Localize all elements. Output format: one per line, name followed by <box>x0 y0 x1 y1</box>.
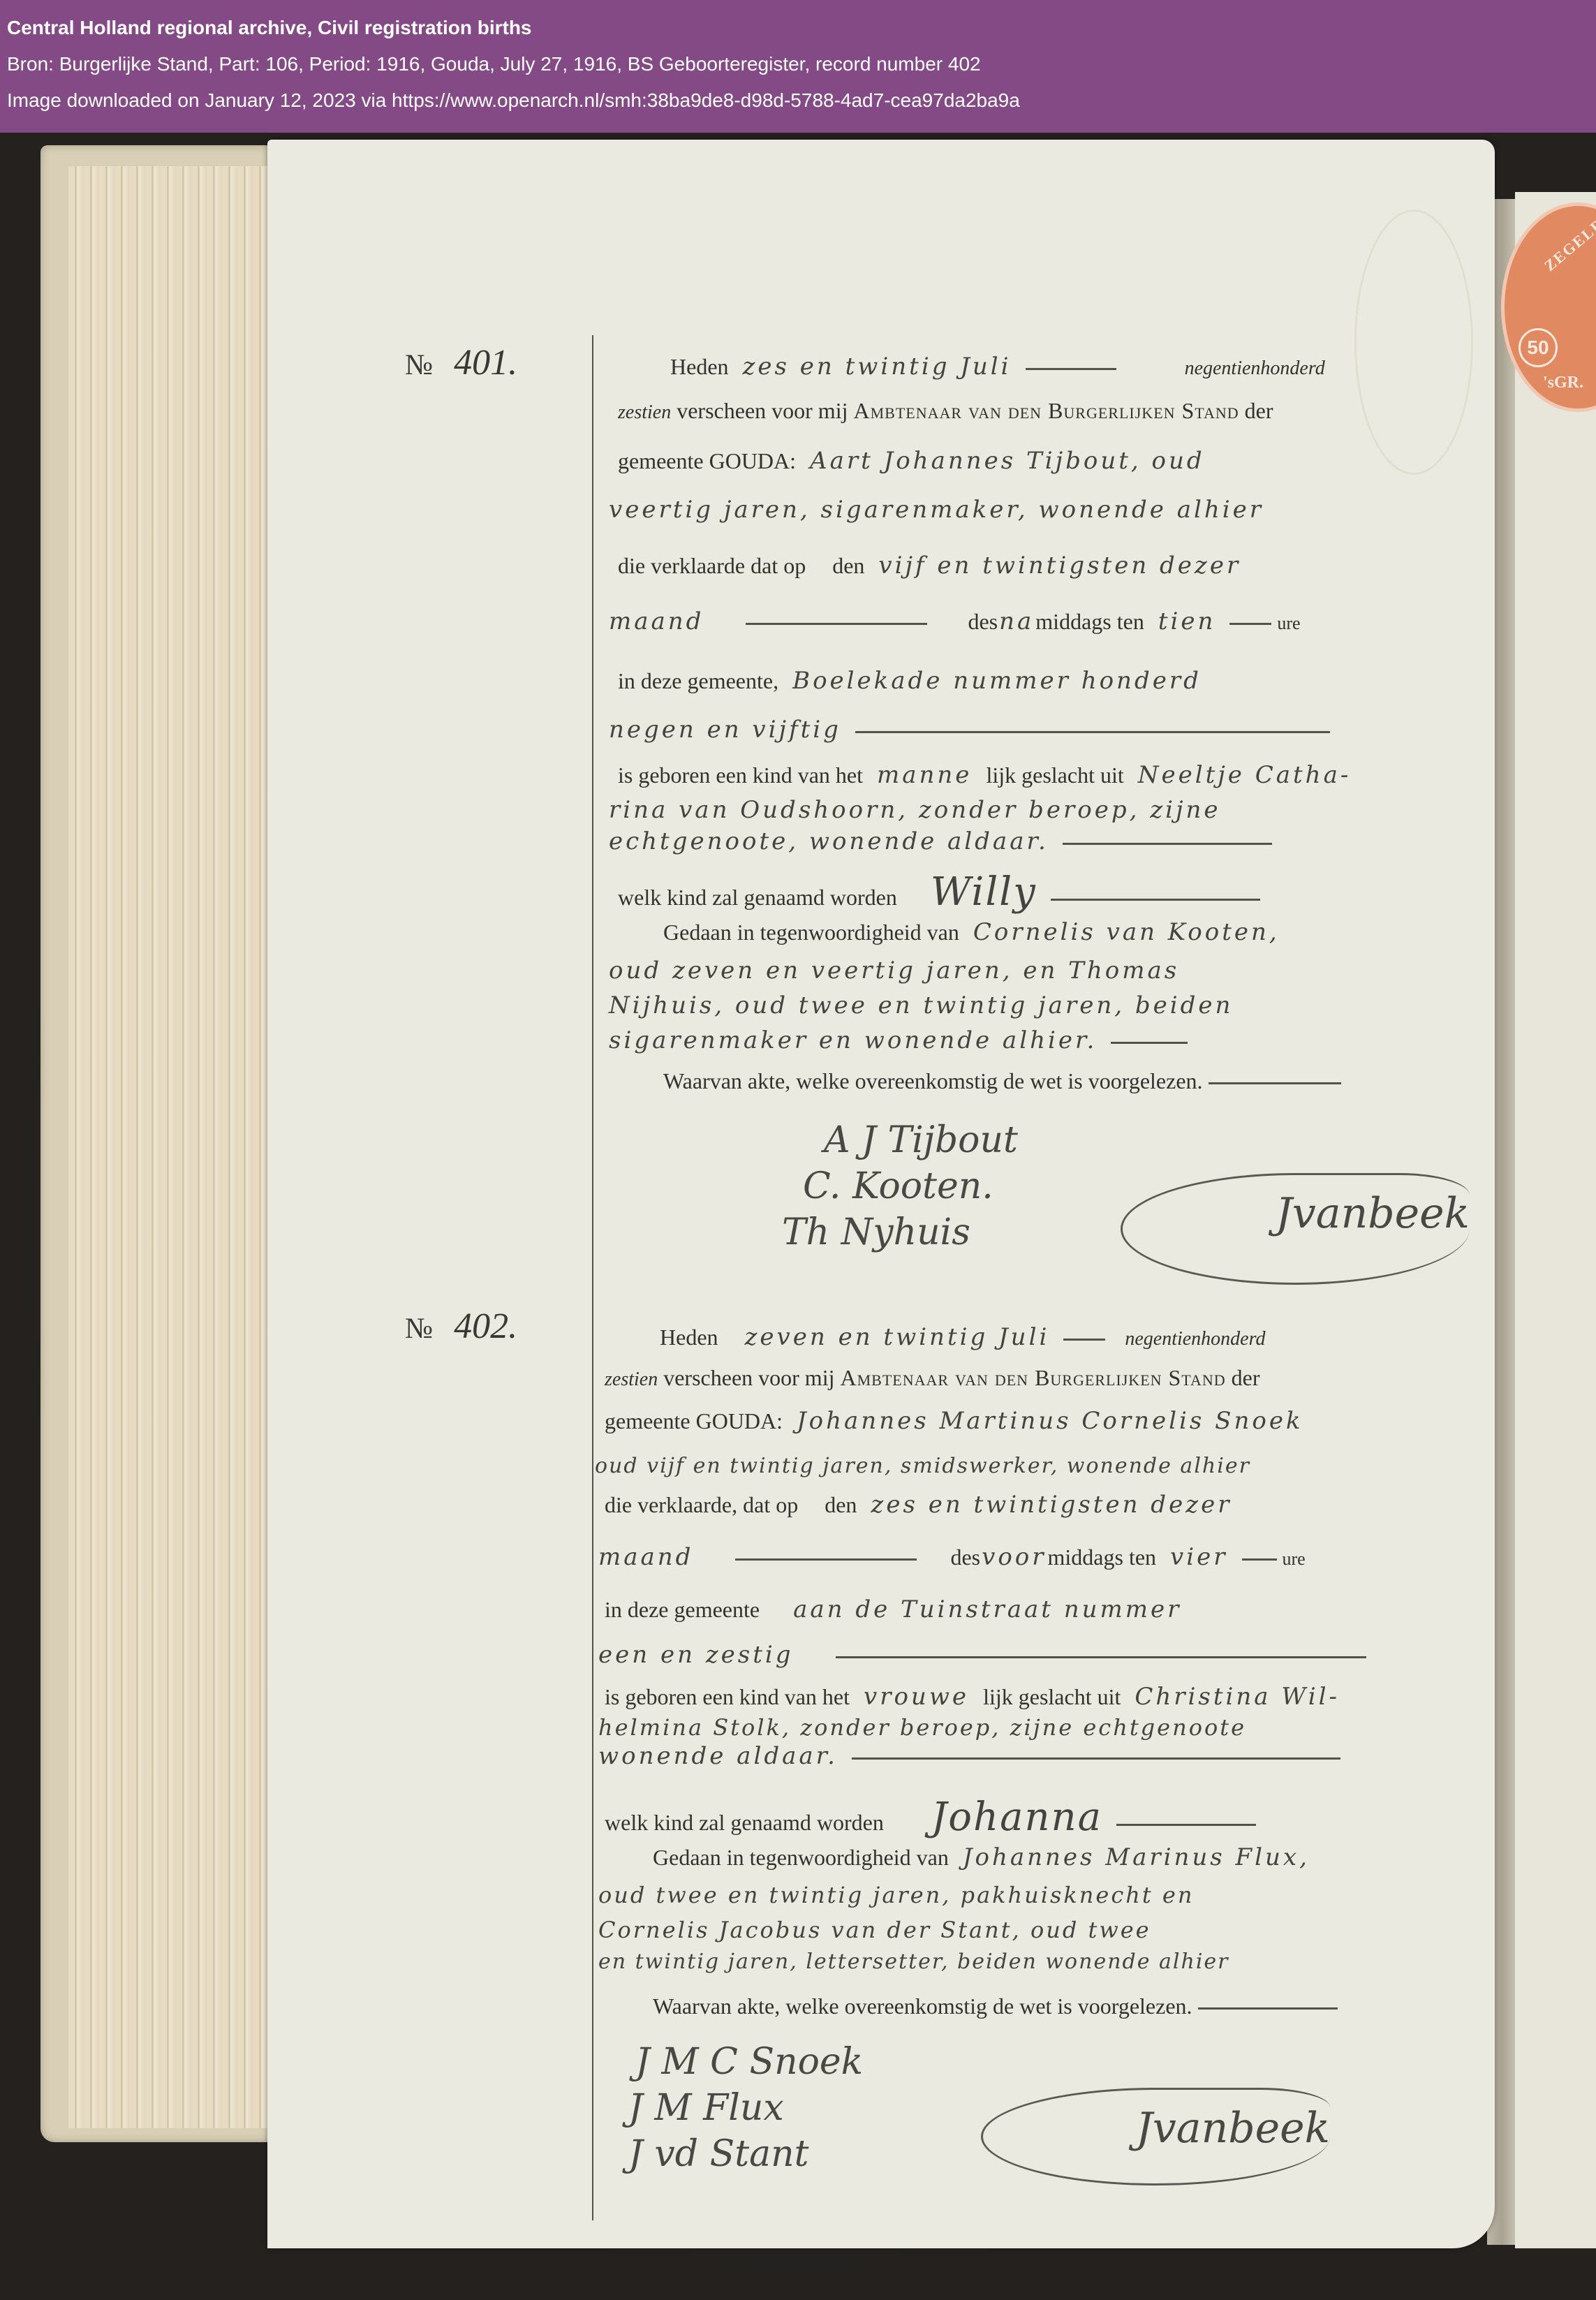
line-mother-2: rina van Oudshoorn, zonder beroep, zijne <box>600 796 1487 824</box>
fill-dash <box>1198 2007 1338 2010</box>
line-gedaan: Gedaan in tegenwoordigheid van Cornelis … <box>663 918 1550 946</box>
stamp-text: ZEGELRECHT <box>1541 202 1596 275</box>
child-sex: vrouwe <box>864 1683 969 1711</box>
printed-verscheen: verscheen voor mij <box>677 398 848 423</box>
line-welk-kind: welk kind zal genaamd worden Willy <box>618 869 1505 915</box>
book-page-stack <box>40 145 271 2142</box>
line-witness-2: oud twee en twintig jaren, pakhuisknecht… <box>590 1882 1477 1908</box>
printed-ambtenaar: Ambtenaar van den Burgerlijken Stand <box>840 1365 1225 1390</box>
mother-details: rina van Oudshoorn, zonder beroep, zijne <box>609 796 1221 824</box>
line-maand: maand desvoormiddags ten vier ure <box>590 1543 1477 1571</box>
maand: maand <box>609 607 704 635</box>
printed-in-deze-gemeente: in deze gemeente <box>605 1597 760 1622</box>
archive-header-banner: Central Holland regional archive, Civil … <box>0 0 1596 133</box>
fill-dash <box>852 1757 1340 1760</box>
child-name: Johanna <box>931 1794 1102 1840</box>
printed-gedaan: Gedaan in tegenwoordigheid van <box>653 1845 949 1870</box>
line-maand: maand desnamiddags ten tien ure <box>600 607 1487 635</box>
embossed-seal <box>1354 209 1473 475</box>
printed-gemeente: gemeente GOUDA: <box>618 448 796 473</box>
number-symbol: № <box>405 349 433 381</box>
official-signature-text: Jvanbeek <box>1276 1189 1470 1238</box>
birth-place-number: een en zestig <box>598 1641 794 1669</box>
printed-ure: ure <box>1283 1549 1306 1569</box>
facing-page <box>1515 192 1596 2248</box>
signature-witness-2: J vd Stant <box>628 2131 863 2177</box>
printed-verklaarde: die verklaarde, dat op <box>605 1492 798 1517</box>
line-gemeente: gemeente GOUDA: Aart Johannes Tijbout, o… <box>618 447 1505 475</box>
line-heden: Heden zeven en twintig Juli negentienhon… <box>660 1323 1546 1351</box>
record-number: №401. <box>405 342 517 383</box>
printed-verklaarde: die verklaarde dat op <box>618 553 806 578</box>
printed-heden: Heden <box>670 354 729 379</box>
witness-1: Cornelis van Kooten, <box>973 918 1280 946</box>
maand: maand <box>598 1543 693 1571</box>
line-mother-2: helmina Stolk, zonder beroep, zijne echt… <box>590 1714 1477 1741</box>
fill-dash <box>1111 1042 1188 1044</box>
printed-gemeente: gemeente GOUDA: <box>605 1408 783 1433</box>
signature-witness-1: C. Kooten. <box>803 1163 1018 1209</box>
printed-middags-ten: middags ten <box>1048 1545 1157 1570</box>
line-waarvan: Waarvan akte, welke overeenkomstig de we… <box>663 1068 1550 1094</box>
line-witness-4: sigarenmaker en wonende alhier. <box>600 1026 1487 1054</box>
line-geboren: is geboren een kind van het manne lijk g… <box>618 761 1505 789</box>
mother-residence: echtgenoote, wonende aldaar. <box>609 827 1049 855</box>
line-waarvan: Waarvan akte, welke overeenkomstig de we… <box>653 1993 1539 2019</box>
mother-details: helmina Stolk, zonder beroep, zijne echt… <box>598 1714 1246 1741</box>
witness-1: Johannes Marinus Flux, <box>963 1843 1310 1871</box>
printed-negentienhonderd: negentienhonderd <box>1125 1328 1265 1350</box>
fill-dash <box>1063 1339 1105 1341</box>
official-signature-text: Jvanbeek <box>1136 2104 1330 2153</box>
part-of-day: na <box>999 607 1034 635</box>
witness-occupation: en twintig jaren, lettersetter, beiden w… <box>598 1949 1229 1974</box>
number-symbol: № <box>405 1313 433 1345</box>
record-number-value: 402. <box>454 1306 517 1346</box>
printed-zestien: zestien <box>605 1369 658 1390</box>
printed-ambtenaar: Ambtenaar van den Burgerlijken Stand <box>853 398 1239 423</box>
birth-day: vijf en twintigsten dezer <box>878 552 1241 580</box>
fill-dash <box>1242 1558 1277 1561</box>
printed-der: der <box>1245 398 1273 423</box>
child-name: Willy <box>931 869 1037 915</box>
printed-verscheen: verscheen voor mij <box>663 1365 834 1390</box>
fill-dash <box>735 1558 917 1561</box>
printed-middags-ten: middags ten <box>1035 609 1144 634</box>
printed-gedaan: Gedaan in tegenwoordigheid van <box>663 920 959 945</box>
line-zestien: zestien verscheen voor mij Ambtenaar van… <box>605 1365 1491 1391</box>
witness-occupation: sigarenmaker en wonende alhier. <box>609 1026 1097 1054</box>
printed-den: den <box>832 553 864 578</box>
line-place-2: een en zestig <box>590 1641 1477 1669</box>
child-sex: manne <box>877 761 972 789</box>
fill-dash <box>836 1656 1366 1658</box>
line-witness-2: oud zeven en veertig jaren, en Thomas <box>600 957 1487 985</box>
line-declarant-2: veertig jaren, sigarenmaker, wonende alh… <box>600 496 1487 524</box>
fill-dash <box>1229 623 1271 625</box>
birth-place: Boelekade nummer honderd <box>792 667 1202 695</box>
signature-declarant: J M C Snoek <box>635 2039 863 2085</box>
line-place: in deze gemeente, Boelekade nummer honde… <box>618 667 1505 695</box>
witness-signatures: J M C Snoek J M Flux J vd Stant <box>628 2039 863 2177</box>
signature-declarant: A J Tijbout <box>824 1117 1018 1163</box>
line-witness-4: en twintig jaren, lettersetter, beiden w… <box>590 1948 1477 1974</box>
place-separator: , <box>773 668 778 693</box>
line-heden: Heden zes en twintig Juli negentienhonde… <box>670 353 1557 381</box>
signature-witness-1: J M Flux <box>628 2085 863 2131</box>
witness-details: oud twee en twintig jaren, pakhuisknecht… <box>598 1882 1194 1908</box>
line-zestien: zestien verscheen voor mij Ambtenaar van… <box>618 398 1505 424</box>
birth-place: aan de Tuinstraat nummer <box>793 1595 1181 1623</box>
printed-zestien: zestien <box>618 401 671 423</box>
line-mother-3: wonende aldaar. <box>590 1742 1477 1770</box>
line-witness-3: Cornelis Jacobus van der Stant, oud twee <box>590 1917 1477 1943</box>
printed-heden: Heden <box>660 1325 718 1350</box>
witness-signatures: A J Tijbout C. Kooten. Th Nyhuis <box>803 1117 1018 1255</box>
record-number-value: 401. <box>454 343 517 383</box>
fill-dash <box>1051 899 1260 901</box>
line-welk-kind: welk kind zal genaamd worden Johanna <box>605 1794 1491 1840</box>
record-number: №402. <box>405 1306 517 1347</box>
printed-waarvan: Waarvan akte, welke overeenkomstig de we… <box>663 1068 1203 1093</box>
fill-dash <box>1116 1824 1256 1826</box>
fill-dash <box>855 731 1330 733</box>
printed-welk-kind: welk kind zal genaamd worden <box>605 1810 884 1835</box>
printed-lijk-geslacht-uit: lijk geslacht uit <box>986 762 1123 788</box>
declarant-name: Johannes Martinus Cornelis Snoek <box>797 1407 1303 1435</box>
printed-lijk-geslacht-uit: lijk geslacht uit <box>983 1684 1121 1709</box>
archive-title: Central Holland regional archive, Civil … <box>7 17 1596 39</box>
official-signature: Jvanbeek <box>1121 1173 1470 1285</box>
mother-residence: wonende aldaar. <box>598 1742 838 1770</box>
printed-der: der <box>1232 1365 1260 1390</box>
witness-details: oud zeven en veertig jaren, en Thomas <box>609 957 1179 985</box>
line-gedaan: Gedaan in tegenwoordigheid van Johannes … <box>653 1843 1539 1871</box>
printed-ure: ure <box>1277 613 1300 633</box>
printed-des: des <box>950 1545 980 1570</box>
witness-2: Cornelis Jacobus van der Stant, oud twee <box>598 1917 1151 1943</box>
line-witness-3: Nijhuis, oud twee en twintig jaren, beid… <box>600 991 1487 1019</box>
fill-dash <box>1063 843 1272 845</box>
line-place-2: negen en vijftig <box>600 716 1487 744</box>
witness-2: Nijhuis, oud twee en twintig jaren, beid… <box>609 991 1233 1019</box>
printed-in-deze-gemeente: in deze gemeente <box>618 668 773 693</box>
printed-welk-kind: welk kind zal genaamd worden <box>618 885 897 910</box>
birth-day: zes en twintigsten dezer <box>871 1491 1232 1519</box>
mother-name: Christina Wil- <box>1135 1683 1340 1711</box>
printed-waarvan: Waarvan akte, welke overeenkomstig de we… <box>653 1993 1192 2019</box>
date-words: zeven en twintig Juli <box>745 1323 1050 1351</box>
page-edges <box>68 166 271 2128</box>
fill-dash <box>1026 368 1116 370</box>
source-line: Bron: Burgerlijke Stand, Part: 106, Peri… <box>7 53 1596 75</box>
birth-hour: tien <box>1158 607 1216 635</box>
line-verklaarde: die verklaarde, dat op den zes en twinti… <box>605 1491 1491 1519</box>
declarant-name: Aart Johannes Tijbout, oud <box>810 447 1205 475</box>
download-line: Image downloaded on January 12, 2023 via… <box>7 89 1596 112</box>
signature-witness-2: Th Nyhuis <box>782 1209 1018 1255</box>
printed-negentienhonderd: negentienhonderd <box>1185 357 1325 379</box>
line-verklaarde: die verklaarde dat op den vijf en twinti… <box>618 552 1505 580</box>
printed-des: des <box>968 609 998 634</box>
date-words: zes en twintig Juli <box>743 353 1012 381</box>
printed-geboren: is geboren een kind van het <box>605 1684 850 1709</box>
birth-place-number: negen en vijftig <box>609 716 841 744</box>
line-geboren: is geboren een kind van het vrouwe lijk … <box>605 1683 1491 1711</box>
fill-dash <box>1209 1082 1341 1084</box>
line-declarant-2: oud vijf en twintig jaren, smidswerker, … <box>586 1452 1473 1478</box>
declarant-details: oud vijf en twintig jaren, smidswerker, … <box>595 1454 1250 1478</box>
printed-den: den <box>825 1492 857 1517</box>
declarant-details: veertig jaren, sigarenmaker, wonende alh… <box>609 496 1264 524</box>
part-of-day: voor <box>982 1543 1046 1571</box>
official-signature: Jvanbeek <box>981 2088 1330 2185</box>
birth-hour: vier <box>1170 1543 1227 1571</box>
line-mother-3: echtgenoote, wonende aldaar. <box>600 827 1487 855</box>
mother-name: Neeltje Catha- <box>1138 761 1352 789</box>
printed-geboren: is geboren een kind van het <box>618 762 863 788</box>
line-gemeente: gemeente GOUDA: Johannes Martinus Cornel… <box>605 1407 1491 1435</box>
line-place: in deze gemeente aan de Tuinstraat numme… <box>605 1595 1491 1623</box>
fill-dash <box>746 623 927 625</box>
